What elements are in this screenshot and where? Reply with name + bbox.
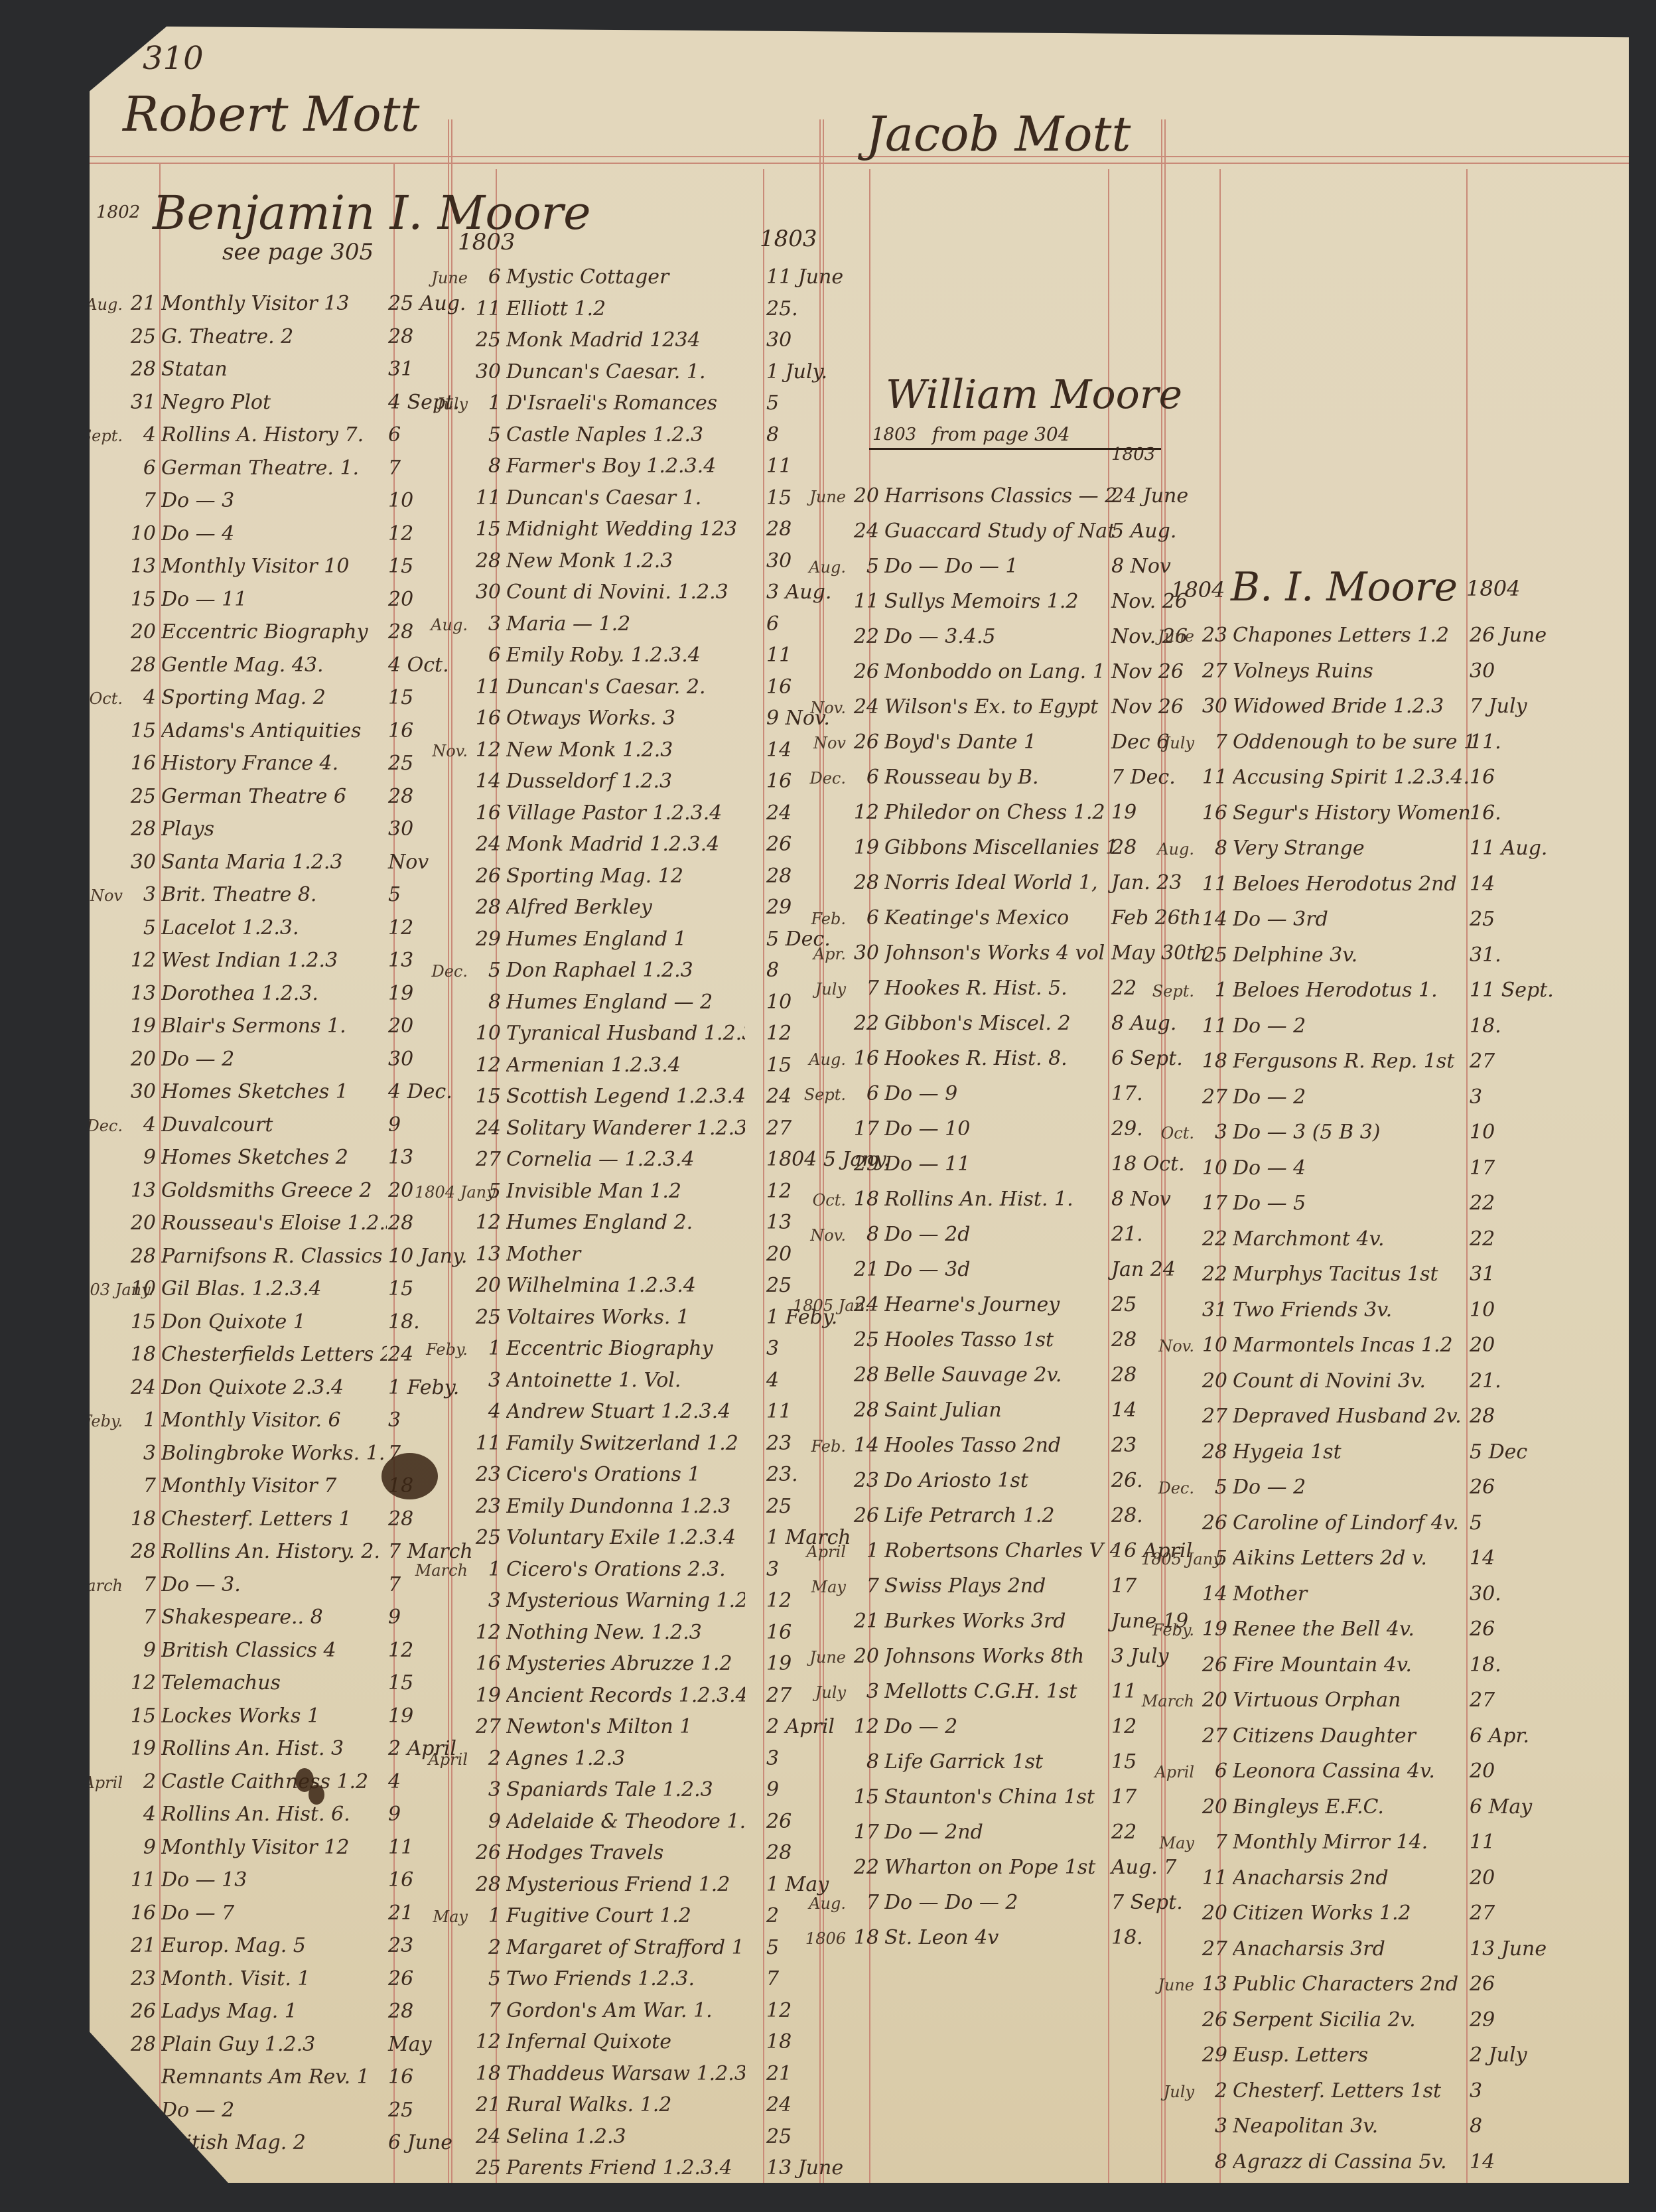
left-header: Robert Mott bbox=[123, 86, 419, 142]
account-name: William Moore bbox=[886, 372, 1182, 418]
entry-month: June bbox=[1141, 627, 1194, 646]
entry-title: Monk Madrid 1.2.3.4 bbox=[506, 833, 745, 856]
ledger-entry: 26Sporting Mag. 1228 bbox=[415, 864, 745, 888]
entry-day: 13 bbox=[1194, 1972, 1227, 1996]
entry-day: 27 bbox=[468, 1715, 501, 1738]
entry-title: Widowed Bride 1.2.3 bbox=[1233, 695, 1472, 718]
entry-day: 15 bbox=[468, 518, 501, 541]
entry-day: 20 bbox=[846, 1645, 879, 1668]
entry-return-date: 20 bbox=[388, 1014, 413, 1038]
column-year: 1804 bbox=[1466, 576, 1520, 601]
entry-return-date: 3 bbox=[1470, 1085, 1482, 1109]
entry-return-date: 12 bbox=[766, 1999, 792, 2022]
ledger-entry: 27Citizens Daughter6 Apr. bbox=[1141, 1724, 1472, 1748]
ledger-entry: April2Castle Caithness 1.24 bbox=[70, 1770, 387, 1793]
entry-month: April bbox=[70, 1773, 123, 1792]
ledger-entry: Feby.1Monthly Visitor. 63 bbox=[70, 1409, 387, 1432]
entry-title: Gentle Mag. 43. bbox=[161, 654, 387, 677]
ledger-entry: Oct.4Sporting Mag. 215 bbox=[70, 686, 387, 709]
ledger-entry: 30Widowed Bride 1.2.37 July bbox=[1141, 695, 1472, 718]
entry-title: Do — 2 bbox=[161, 1048, 387, 1071]
account-note: from page 304 bbox=[932, 423, 1070, 445]
ledger-entry: 27Depraved Husband 2v.28 bbox=[1141, 1405, 1472, 1428]
entry-return-date: 28 bbox=[388, 620, 413, 644]
entry-title: Lacelot 1.2.3. bbox=[161, 916, 387, 939]
entry-title: Rollins An. History. 2. bbox=[161, 1540, 387, 1563]
ledger-entry: 9Adelaide & Theodore 1.226 bbox=[415, 1810, 745, 1833]
entry-day: 27 bbox=[1194, 659, 1227, 683]
entry-title: Duncan's Caesar. 2. bbox=[506, 675, 745, 699]
entry-day: 8 bbox=[846, 1223, 879, 1246]
ledger-entry: 20Citizen Works 1.227 bbox=[1141, 1901, 1472, 1925]
entry-title: Wilhelmina 1.2.3.4 bbox=[506, 1274, 745, 1297]
entry-title: Santa Maria 1.2.3 bbox=[161, 851, 387, 874]
entry-return-date: 8 bbox=[766, 959, 779, 982]
entry-day: 1 bbox=[468, 1904, 501, 1927]
entry-day: 28 bbox=[1194, 1440, 1227, 1464]
entry-return-date: 19 bbox=[766, 1652, 792, 1675]
entry-title: Do — 3rd bbox=[1233, 908, 1472, 931]
entry-title: Elliott 1.2 bbox=[506, 297, 745, 320]
entry-return-date: 15 bbox=[766, 1054, 792, 1077]
entry-day: 7 bbox=[846, 1574, 879, 1598]
entry-title: Thaddeus Warsaw 1.2.3 bbox=[506, 2062, 745, 2085]
ledger-entry: 21Do — 3dJan 24 bbox=[793, 1258, 1117, 1281]
entry-title: Do — 7 bbox=[161, 1901, 387, 1925]
entry-title: Do Ariosto 1st bbox=[884, 1469, 1117, 1492]
entry-day: 18 bbox=[846, 1188, 879, 1211]
entry-return-date: 22 bbox=[1470, 1227, 1495, 1251]
entry-day: 31 bbox=[123, 391, 156, 414]
entry-title: Public Characters 2nd bbox=[1233, 1972, 1472, 1996]
entry-day: 28 bbox=[468, 896, 501, 919]
entry-title: St. Leon 4v bbox=[884, 1926, 1117, 1949]
entry-day: 28 bbox=[468, 549, 501, 573]
entry-day: 21 bbox=[468, 2093, 501, 2116]
entry-day: 6 bbox=[123, 456, 156, 480]
entry-day: 23 bbox=[1194, 624, 1227, 647]
entry-day: 16 bbox=[468, 707, 501, 730]
entry-day: 16 bbox=[1194, 801, 1227, 825]
entry-title: Count di Novini 3v. bbox=[1233, 1369, 1472, 1393]
entry-title: Do — 11 bbox=[161, 588, 387, 611]
entry-title: Nothing New. 1.2.3 bbox=[506, 1621, 745, 1644]
entry-month: Feb. bbox=[793, 1437, 846, 1456]
ledger-entry: 12Infernal Quixote18 bbox=[415, 2030, 745, 2053]
entry-return-date: 29. bbox=[1111, 1117, 1143, 1141]
entry-title: Do — Do — 2 bbox=[884, 1891, 1117, 1914]
entry-day: 3 bbox=[123, 883, 156, 906]
entry-return-date: 12 bbox=[766, 1180, 792, 1203]
ledger-entry: 30Homes Sketches 14 Dec. bbox=[70, 1080, 387, 1103]
entry-day: 10 bbox=[123, 1277, 156, 1300]
entry-title: Spaniards Tale 1.2.3 bbox=[506, 1778, 745, 1801]
entry-title: Mother bbox=[1233, 1582, 1472, 1606]
entry-day: 3 bbox=[846, 1680, 879, 1703]
entry-month: Aug. bbox=[793, 1894, 846, 1913]
entry-return-date: 21. bbox=[1470, 1369, 1501, 1393]
entry-day: 12 bbox=[846, 801, 879, 824]
entry-title: Statan bbox=[161, 358, 387, 381]
entry-day: 2 bbox=[123, 1770, 156, 1793]
entry-return-date: 9 bbox=[388, 1606, 401, 1629]
entry-day: 22 bbox=[846, 1856, 879, 1879]
entry-return-date: 21 bbox=[766, 2062, 792, 2085]
entry-title: Neapolitan 3v. bbox=[1233, 2114, 1472, 2138]
ledger-entry: 180618St. Leon 4v18. bbox=[793, 1926, 1117, 1949]
entry-return-date: 7 bbox=[766, 1967, 779, 1990]
entry-month: 1805 Jan. bbox=[793, 1296, 846, 1315]
ledger-entry: Nov3Brit. Theatre 8.5 bbox=[70, 883, 387, 906]
ledger-entry: Sept.6Do — 917. bbox=[793, 1082, 1117, 1105]
entry-title: Rollins An. Hist. 1. bbox=[884, 1188, 1117, 1211]
ledger-entry: 12Humes England 2.13 bbox=[415, 1211, 745, 1234]
entry-day: 20 bbox=[123, 1048, 156, 1071]
entry-title: Midnight Wedding 123 bbox=[506, 518, 745, 541]
ledger-entry: 18Chesterf. Letters 128 bbox=[70, 1507, 387, 1531]
entry-day: 11 bbox=[468, 297, 501, 320]
ledger-entry: 25G. Theatre. 228 bbox=[70, 325, 387, 348]
entry-title: Norris Ideal World 1, bbox=[884, 871, 1117, 894]
entry-return-date: 16 bbox=[1470, 766, 1495, 789]
entry-return-date: 28 bbox=[388, 1507, 413, 1531]
entry-title: British Mag. 2 bbox=[161, 2131, 387, 2154]
entry-return-date: 6 May bbox=[1470, 1795, 1532, 1819]
ledger-entry: 24Guaccard Study of Nature 15 Aug. bbox=[793, 519, 1117, 543]
entry-return-date: 25 bbox=[1470, 908, 1495, 931]
entry-day: 28 bbox=[846, 1363, 879, 1387]
ledger-entry: March20Virtuous Orphan27 bbox=[1141, 1689, 1472, 1712]
entry-day: 30 bbox=[123, 851, 156, 874]
entry-day: 20 bbox=[846, 484, 879, 508]
column-rule bbox=[1108, 169, 1109, 2183]
entry-title: Do — 3d bbox=[884, 1258, 1117, 1281]
entry-day: 11 bbox=[1194, 766, 1227, 789]
ledger-entry: 21Europ. Mag. 523 bbox=[70, 1934, 387, 1957]
entry-title: Very Strange bbox=[1233, 837, 1472, 860]
entry-day: 23 bbox=[468, 1495, 501, 1518]
ledger-entry: 22Wharton on Pope 1stAug. 7 bbox=[793, 1856, 1117, 1879]
entry-title: Dusseldorf 1.2.3 bbox=[506, 770, 745, 793]
entry-return-date: 28 bbox=[766, 1841, 792, 1864]
entry-title: Scottish Legend 1.2.3.4 bbox=[506, 1085, 745, 1108]
entry-title: Parents Friend 1.2.3.4 bbox=[506, 2156, 745, 2179]
ledger-entry: 8Life Garrick 1st15 bbox=[793, 1750, 1117, 1773]
entry-month: Apr. bbox=[793, 945, 846, 963]
entry-day: 3 bbox=[468, 1589, 501, 1612]
entry-title: Armenian 1.2.3.4 bbox=[506, 1054, 745, 1077]
ledger-entry: 14Mother30. bbox=[1141, 1582, 1472, 1606]
entry-title: Segur's History Women bbox=[1233, 801, 1472, 825]
entry-day: 20 bbox=[1194, 1369, 1227, 1393]
ledger-entry: April6Leonora Cassina 4v.20 bbox=[1141, 1760, 1472, 1783]
entry-title: Depraved Husband 2v. bbox=[1233, 1405, 1472, 1428]
entry-day: 9 bbox=[123, 1639, 156, 1662]
ledger-entry: 7Gordon's Am War. 1.12 bbox=[415, 1999, 745, 2022]
entry-day: 13 bbox=[123, 982, 156, 1005]
ledger-entry: Aug.21Monthly Visitor 1325 Aug. bbox=[70, 292, 387, 315]
entry-title: Negro Plot bbox=[161, 391, 387, 414]
entry-return-date: 15 bbox=[388, 686, 413, 709]
ledger-entry: 25Monk Madrid 123430 bbox=[415, 328, 745, 352]
entry-title: Village Pastor 1.2.3.4 bbox=[506, 801, 745, 825]
entry-day: 4 bbox=[123, 1113, 156, 1137]
ledger-entry: 4Andrew Stuart 1.2.3.411 bbox=[415, 1400, 745, 1423]
entry-month: Dec. bbox=[793, 769, 846, 788]
entry-title: Adelaide & Theodore 1.2 bbox=[506, 1810, 745, 1833]
ledger-entry: 1803 Jany.10Gil Blas. 1.2.3.415 bbox=[70, 1277, 387, 1300]
entry-day: 8 bbox=[468, 991, 501, 1014]
entry-day: 10 bbox=[1194, 1334, 1227, 1357]
entry-title: Shakespeare.. 8 bbox=[161, 1606, 387, 1629]
entry-title: Hookes R. Hist. 5. bbox=[884, 977, 1117, 1000]
ledger-entry: 18Thaddeus Warsaw 1.2.321 bbox=[415, 2062, 745, 2085]
entry-title: Do — 5 bbox=[1233, 1192, 1472, 1215]
entry-month: Aug. bbox=[1141, 840, 1194, 859]
ledger-entry: June20Johnsons Works 8th3 July bbox=[793, 1645, 1117, 1668]
ledger-entry: May1Fugitive Court 1.22 bbox=[415, 1904, 745, 1927]
entry-return-date: 4 bbox=[766, 1369, 779, 1392]
entry-return-date: 20 bbox=[1470, 1866, 1495, 1890]
entry-return-date: 24 bbox=[766, 1085, 792, 1108]
ledger-entry: 19Ancient Records 1.2.3.427 bbox=[415, 1684, 745, 1707]
ledger-entry: 11Elliott 1.225. bbox=[415, 297, 745, 320]
entry-day: 31 bbox=[1194, 1298, 1227, 1322]
entry-day: 6 bbox=[468, 644, 501, 667]
entry-title: Emily Roby. 1.2.3.4 bbox=[506, 644, 745, 667]
entry-title: Brit. Theatre 8. bbox=[161, 883, 387, 906]
entry-title: Castle Caithness 1.2 bbox=[161, 1770, 387, 1793]
ledger-entry: 20Bingleys E.F.C.6 May bbox=[1141, 1795, 1472, 1819]
entry-day: 15 bbox=[846, 1785, 879, 1809]
entry-title: Homes Sketches 2 bbox=[161, 1146, 387, 1169]
entry-month: Oct. bbox=[1141, 1124, 1194, 1142]
entry-day: 7 bbox=[1194, 1831, 1227, 1854]
entry-title: Hearne's Journey bbox=[884, 1293, 1117, 1316]
ledger-entry: 3Mysterious Warning 1.2.3.412 bbox=[415, 1589, 745, 1612]
entry-return-date: 2 July bbox=[1470, 2043, 1527, 2067]
entry-title: Aikins Letters 2d v. bbox=[1233, 1547, 1472, 1570]
ledger-entry: 3Neapolitan 3v.8 bbox=[1141, 2114, 1472, 2138]
entry-return-date: 28 bbox=[1470, 1405, 1495, 1428]
entry-title: Life Garrick 1st bbox=[884, 1750, 1117, 1773]
entry-month: April bbox=[793, 1543, 846, 1561]
entry-day: 22 bbox=[1194, 1227, 1227, 1251]
entry-title: Family Switzerland 1.2 bbox=[506, 1432, 745, 1455]
entry-day: 5 bbox=[123, 916, 156, 939]
entry-day: 17 bbox=[1194, 1192, 1227, 1215]
entry-return-date: 17 bbox=[1111, 1574, 1137, 1598]
entry-day: 6 bbox=[846, 1082, 879, 1105]
entry-return-date: 3 bbox=[766, 1337, 779, 1360]
entry-return-date: 20 bbox=[388, 1179, 413, 1202]
entry-return-date: 10 bbox=[1470, 1121, 1495, 1144]
entry-day: 3 bbox=[1194, 2114, 1227, 2138]
entry-month: May bbox=[793, 1578, 846, 1596]
entry-return-date: 9 bbox=[766, 1778, 779, 1801]
ledger-entry: July2Chesterf. Letters 1st3 bbox=[1141, 2079, 1472, 2103]
entry-title: Ladys Mag. 1 bbox=[161, 2000, 387, 2023]
entry-title: West Indian 1.2.3 bbox=[161, 949, 387, 972]
entry-return-date: 25 bbox=[766, 2125, 792, 2148]
entry-return-date: 8 Nov bbox=[1111, 555, 1171, 578]
ledger-entry: 18Fergusons R. Rep. 1st27 bbox=[1141, 1050, 1472, 1073]
entry-day: 23 bbox=[468, 1463, 501, 1486]
ledger-entry: 15Staunton's China 1st17 bbox=[793, 1785, 1117, 1809]
entry-title: Mellotts C.G.H. 1st bbox=[884, 1680, 1117, 1703]
entry-month: Sept. bbox=[1141, 982, 1194, 1001]
entry-day: 12 bbox=[123, 1671, 156, 1694]
ledger-entry: 25Hooles Tasso 1st28 bbox=[793, 1328, 1117, 1351]
entry-title: Monthly Visitor 10 bbox=[161, 555, 387, 578]
entry-title: Rousseau by B. bbox=[884, 766, 1117, 789]
ledger-entry: 9Homes Sketches 213 bbox=[70, 1146, 387, 1169]
entry-month: 1805 Jany. bbox=[1141, 1550, 1194, 1568]
entry-title: Sullys Memoirs 1.2 bbox=[884, 590, 1117, 613]
entry-day: 24 bbox=[468, 833, 501, 856]
entry-day: 7 bbox=[468, 1999, 501, 2022]
ledger-entry: 15Adams's Antiquities16 bbox=[70, 719, 387, 742]
entry-title: Burkes Works 3rd bbox=[884, 1610, 1117, 1633]
entry-day: 28 bbox=[846, 1399, 879, 1422]
ledger-entry: Apr.30Johnson's Works 4 volMay 30th bbox=[793, 941, 1117, 965]
ledger-entry: 23Emily Dundonna 1.2.325 bbox=[415, 1495, 745, 1518]
column-rule bbox=[763, 169, 764, 2183]
entry-day: 26 bbox=[1194, 1653, 1227, 1677]
entry-return-date: 31 bbox=[388, 358, 413, 381]
entry-return-date: 22 bbox=[1111, 977, 1137, 1000]
entry-day: 24 bbox=[468, 1117, 501, 1140]
entry-return-date: 11 bbox=[1111, 1680, 1137, 1703]
entry-title: Rousseau's Eloise 1.2.3 bbox=[161, 1211, 387, 1235]
entry-return-date: 25. bbox=[766, 297, 798, 320]
ledger-entry: June23Chapones Letters 1.226 June bbox=[1141, 624, 1472, 647]
entry-title: Eccentric Biography bbox=[161, 620, 387, 644]
entry-day: 19 bbox=[123, 1737, 156, 1760]
entry-day: 27 bbox=[1194, 1405, 1227, 1428]
entry-title: Homes Sketches 1 bbox=[161, 1080, 387, 1103]
ledger-entry: 27Anacharsis 3rd13 June bbox=[1141, 1937, 1472, 1961]
entry-day: 28 bbox=[123, 358, 156, 381]
ledger-entry: 30Count di Novini. 1.2.33 Aug. bbox=[415, 581, 745, 604]
entry-return-date: 18. bbox=[1470, 1014, 1501, 1038]
entry-month: June bbox=[1141, 1976, 1194, 1994]
ledger-entry: 28Belle Sauvage 2v.28 bbox=[793, 1363, 1117, 1387]
entry-title: Saint Julian bbox=[884, 1399, 1117, 1422]
entry-day: 27 bbox=[1194, 1937, 1227, 1961]
ledger-entry: Feby.1Eccentric Biography3 bbox=[415, 1337, 745, 1360]
ledger-entry: Feby.19Renee the Bell 4v.26 bbox=[1141, 1618, 1472, 1641]
entry-return-date: 25 bbox=[766, 1495, 792, 1518]
entry-day: 9 bbox=[468, 1810, 501, 1833]
entry-title: Marchmont 4v. bbox=[1233, 1227, 1472, 1251]
entry-return-date: 26 bbox=[1470, 1972, 1495, 1996]
entry-title: Farmer's Boy 1.2.3.4 bbox=[506, 454, 745, 478]
ledger-entry: 27Cornelia — 1.2.3.41804 5 Jany. bbox=[415, 1148, 745, 1171]
entry-return-date: 13 June bbox=[1470, 1937, 1547, 1961]
entry-day: 1 bbox=[1194, 979, 1227, 1002]
entry-day: 11 bbox=[846, 590, 879, 613]
entry-return-date: 25 bbox=[1111, 1293, 1137, 1316]
entry-day: 20 bbox=[123, 1211, 156, 1235]
ledger-entry: 3Antoinette 1. Vol.4 bbox=[415, 1369, 745, 1392]
ledger-entry: Feb.14Hooles Tasso 2nd23 bbox=[793, 1434, 1117, 1457]
entry-month: Oct. bbox=[70, 689, 123, 708]
entry-return-date: 30. bbox=[1470, 1582, 1501, 1606]
entry-day: 25 bbox=[123, 325, 156, 348]
ink-blot bbox=[381, 1453, 438, 1499]
ledger-entry: 5Lacelot 1.2.3.12 bbox=[70, 916, 387, 939]
entry-return-date: 9 bbox=[388, 1803, 401, 1826]
ledger-entry: 24Solitary Wanderer 1.2.327 bbox=[415, 1117, 745, 1140]
ink-blot bbox=[309, 1785, 324, 1805]
entry-return-date: 28 bbox=[1111, 836, 1137, 859]
entry-day: 14 bbox=[468, 770, 501, 793]
entry-title: Humes England — 2 bbox=[506, 991, 745, 1014]
entry-title: Staunton's China 1st bbox=[884, 1785, 1117, 1809]
ledger-entry: 24Selina 1.2.325 bbox=[415, 2125, 745, 2148]
ledger-entry: 26Caroline of Lindorf 4v.5 bbox=[1141, 1511, 1472, 1535]
entry-title: Virtuous Orphan bbox=[1233, 1689, 1472, 1712]
ledger-entry: June13Public Characters 2nd26 bbox=[1141, 1972, 1472, 1996]
ledger-entry: 13Goldsmiths Greece 220 bbox=[70, 1179, 387, 1202]
entry-day: 12 bbox=[468, 1211, 501, 1234]
ledger-entry: 22Gibbon's Miscel. 28 Aug. bbox=[793, 1012, 1117, 1035]
entry-day: 16 bbox=[846, 1047, 879, 1070]
entry-month: Sept. bbox=[793, 1085, 846, 1104]
entry-return-date: 5 bbox=[766, 1936, 779, 1959]
entry-title: Andrew Stuart 1.2.3.4 bbox=[506, 1400, 745, 1423]
entry-day: 2 bbox=[468, 1936, 501, 1959]
entry-title: Monthly Visitor 7 bbox=[161, 1474, 387, 1497]
ledger-entry: 29Do — 1118 Oct. bbox=[793, 1152, 1117, 1176]
entry-return-date: 26 bbox=[1470, 1476, 1495, 1499]
ledger-entry: 11Beloes Herodotus 2nd14 bbox=[1141, 872, 1472, 896]
entry-day: 7 bbox=[846, 977, 879, 1000]
entry-return-date: 22 bbox=[1111, 1821, 1137, 1844]
entry-title: Life Petrarch 1.2 bbox=[884, 1504, 1117, 1527]
ledger-entry: 17Do — 522 bbox=[1141, 1192, 1472, 1215]
entry-return-date: 15 bbox=[766, 486, 792, 510]
ledger-entry: 4Rollins An. Hist. 6.9 bbox=[70, 1803, 387, 1826]
entry-day: 17 bbox=[846, 1821, 879, 1844]
entry-return-date: 27 bbox=[766, 1684, 792, 1707]
entry-month: Feby. bbox=[70, 1412, 123, 1430]
ledger-entry: 8Agrazz di Cassina 5v.14 bbox=[1141, 2150, 1472, 2174]
ledger-entry: 9Monthly Visitor 1211 bbox=[70, 1836, 387, 1859]
entry-day: 10 bbox=[1194, 1156, 1227, 1180]
entry-month: Nov. bbox=[793, 699, 846, 717]
entry-title: Plain Guy 1.2.3 bbox=[161, 2033, 387, 2056]
entry-day: 1 bbox=[468, 1337, 501, 1360]
ledger-entry: 14Dusseldorf 1.2.316 bbox=[415, 770, 745, 793]
ledger-entry: 16Mysteries Abruzze 1.219 bbox=[415, 1652, 745, 1675]
ledger-entry: 23Month. Visit. 126 bbox=[70, 1967, 387, 1990]
ledger-entry: July3Mellotts C.G.H. 1st11 bbox=[793, 1680, 1117, 1703]
entry-day: 14 bbox=[846, 1434, 879, 1457]
entry-day: 12 bbox=[468, 2030, 501, 2053]
ledger-entry: 7Monthly Visitor 718 bbox=[70, 1474, 387, 1497]
entry-title: Bolingbroke Works. 1. bbox=[161, 1442, 387, 1465]
entry-return-date: 16 bbox=[388, 2065, 413, 2089]
entry-return-date: 10 bbox=[1470, 1298, 1495, 1322]
ledger-entry: 28Alfred Berkley29 bbox=[415, 896, 745, 919]
ledger-entry: 26Monboddo on Lang. 1Nov 26 bbox=[793, 660, 1117, 683]
entry-title: Humes England 1 bbox=[506, 928, 745, 951]
entry-title: Chesterfields Letters 2 bbox=[161, 1343, 387, 1366]
ledger-entry: 25Delphine 3v.31. bbox=[1141, 943, 1472, 967]
ledger-entry: 31Two Friends 3v.10 bbox=[1141, 1298, 1472, 1322]
